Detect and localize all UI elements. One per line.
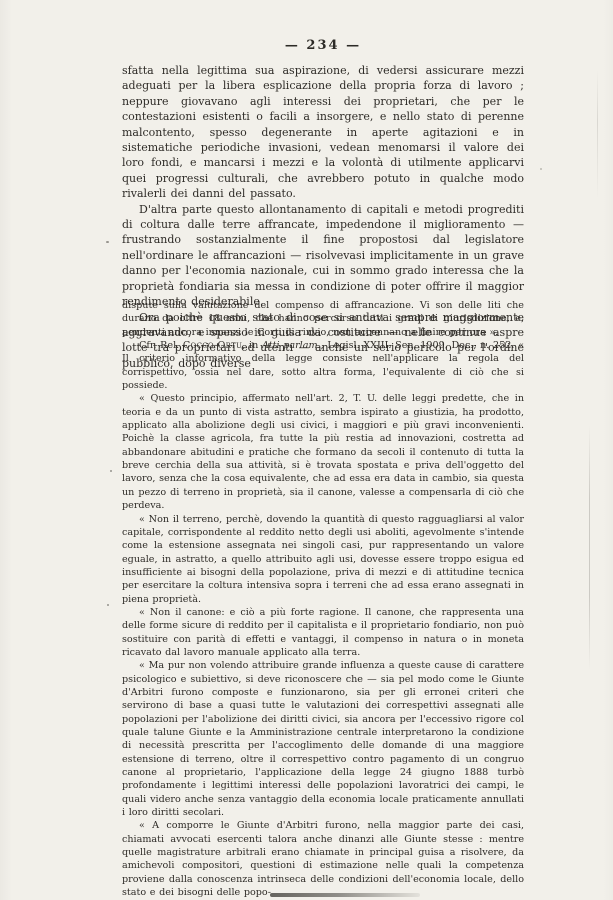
paragraph: « Questo principio, affermato nell'art. … [122,392,524,512]
scan-speck [107,604,109,606]
paragraph: dispute sulla valutazione del compenso d… [122,299,524,339]
scan-speck [110,470,112,472]
paragraph: Cfr. Rel. Cocco-Ortu, in Atti parlam., L… [122,339,524,392]
paragraph: « A comporre le Giunte d'Arbitri furono,… [122,819,524,899]
paragraph: « Non il canone: e ciò a più forte ragio… [122,606,524,659]
page-number: — 234 — [122,38,524,53]
paragraph: D'altra parte questo allontanamento di c… [122,202,524,310]
scan-artifact-edge-line [589,425,590,670]
footnote-block: dispute sulla valutazione del compenso d… [122,299,524,899]
paragraph: « Ma pur non volendo attribuire grande i… [122,659,524,819]
scan-speck [540,168,542,170]
scan-speck [106,241,109,243]
paragraph: « Non il terreno, perchè, dovendo la qua… [122,513,524,606]
paragraph: sfatta nella legittima sua aspirazione, … [122,63,524,202]
scan-artifact-bottom-bar [270,893,420,897]
book-page: — 234 — sfatta nella legittima sua aspir… [0,0,613,900]
scan-artifact-edge-line [597,70,598,200]
